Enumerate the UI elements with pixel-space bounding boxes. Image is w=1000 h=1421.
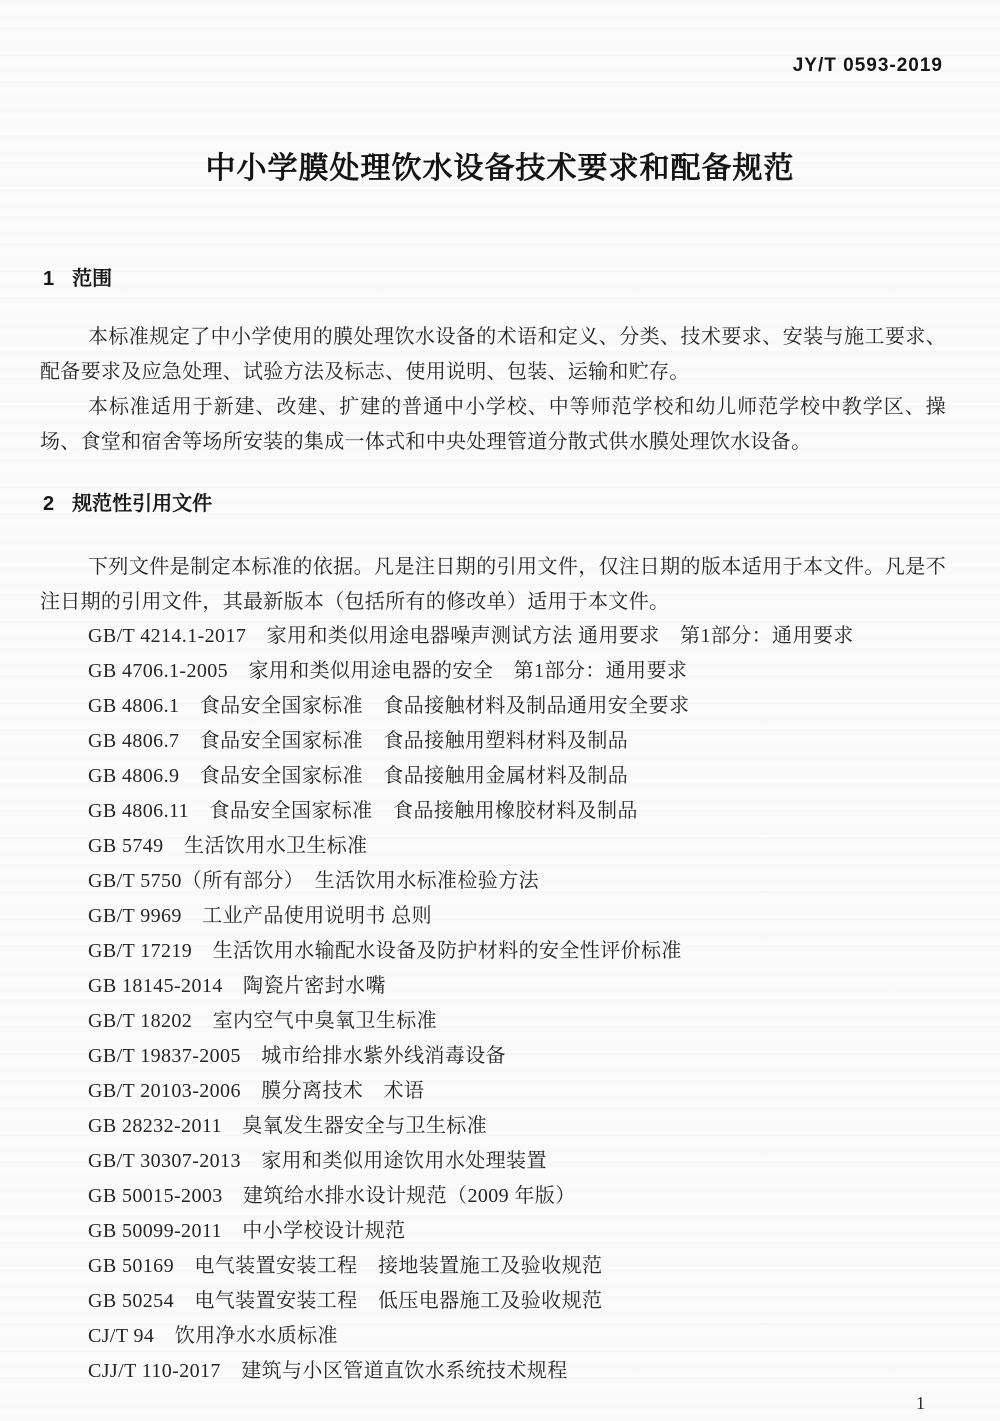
reference-item: GB 4806.9 食品安全国家标准 食品接触用金属材料及制品 [88,759,1000,794]
reference-item: CJ/T 94 饮用净水水质标准 [88,1319,1000,1354]
reference-item: GB/T 30307-2013 家用和类似用途饮用水处理装置 [88,1144,1000,1179]
paragraph-references-intro: 下列文件是制定本标准的依据。凡是注日期的引用文件，仅注日期的版本适用于本文件。凡… [40,550,946,620]
section-1-number: 1 [43,268,54,291]
reference-item: GB/T 9969 工业产品使用说明书 总则 [88,899,1000,934]
reference-item: GB 4806.7 食品安全国家标准 食品接触用塑料材料及制品 [88,724,1000,759]
reference-item: GB 50099-2011 中小学校设计规范 [88,1214,1000,1249]
section-2-number: 2 [43,493,54,516]
document-page: JY/T 0593-2019 中小学膜处理饮水设备技术要求和配备规范 1 范围 … [0,0,1000,1421]
section-2-body: 下列文件是制定本标准的依据。凡是注日期的引用文件，仅注日期的版本适用于本文件。凡… [40,550,946,620]
reference-item: GB 50169 电气装置安装工程 接地装置施工及验收规范 [88,1249,1000,1284]
reference-item: CJJ/T 110-2017 建筑与小区管道直饮水系统技术规程 [88,1354,1000,1389]
section-1-heading: 1 范围 [43,262,112,291]
reference-item: GB/T 20103-2006 膜分离技术 术语 [88,1074,1000,1109]
section-2-title: 规范性引用文件 [72,487,212,516]
reference-item: GB 28232-2011 臭氧发生器安全与卫生标准 [88,1109,1000,1144]
reference-item: GB/T 19837-2005 城市给排水紫外线消毒设备 [88,1039,1000,1074]
reference-item: GB/T 18202 室内空气中臭氧卫生标准 [88,1004,1000,1039]
reference-item: GB 4806.11 食品安全国家标准 食品接触用橡胶材料及制品 [88,794,1000,829]
reference-item: GB/T 4214.1-2017 家用和类似用途电器噪声测试方法 通用要求 第1… [88,619,1000,654]
reference-list: GB/T 4214.1-2017 家用和类似用途电器噪声测试方法 通用要求 第1… [40,619,1000,1389]
page-number: 1 [916,1393,925,1414]
document-code: JY/T 0593-2019 [793,55,943,77]
paragraph-scope-2: 本标准适用于新建、改建、扩建的普通中小学校、中等师范学校和幼儿师范学校中教学区、… [40,390,946,460]
reference-item: GB/T 5750（所有部分） 生活饮用水标准检验方法 [88,864,1000,899]
section-2-heading: 2 规范性引用文件 [43,487,212,516]
section-1-title: 范围 [72,262,112,291]
reference-item: GB 50254 电气装置安装工程 低压电器施工及验收规范 [88,1284,1000,1319]
section-1-body: 本标准规定了中小学使用的膜处理饮水设备的术语和定义、分类、技术要求、安装与施工要… [40,320,946,460]
reference-item: GB 5749 生活饮用水卫生标准 [88,829,1000,864]
paragraph-scope-1: 本标准规定了中小学使用的膜处理饮水设备的术语和定义、分类、技术要求、安装与施工要… [40,320,946,390]
reference-item: GB 18145-2014 陶瓷片密封水嘴 [88,969,1000,1004]
document-title: 中小学膜处理饮水设备技术要求和配备规范 [0,143,1000,187]
reference-item: GB/T 17219 生活饮用水输配水设备及防护材料的安全性评价标准 [88,934,1000,969]
reference-item: GB 4806.1 食品安全国家标准 食品接触材料及制品通用安全要求 [88,689,1000,724]
reference-item: GB 4706.1-2005 家用和类似用途电器的安全 第1部分：通用要求 [88,654,1000,689]
reference-item: GB 50015-2003 建筑给水排水设计规范（2009 年版） [88,1179,1000,1214]
